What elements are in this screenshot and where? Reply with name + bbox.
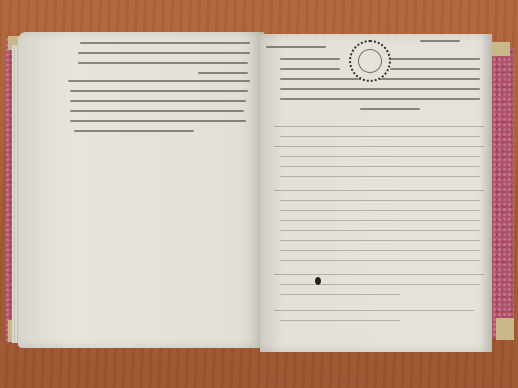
right-page: [260, 34, 492, 352]
ink-seal-stamp: [349, 40, 391, 82]
ink-blot: [315, 277, 321, 285]
left-page: [18, 32, 264, 348]
scene-description: Photograph of an open antique handwritte…: [0, 0, 1, 1]
cover-corner: [496, 318, 514, 340]
